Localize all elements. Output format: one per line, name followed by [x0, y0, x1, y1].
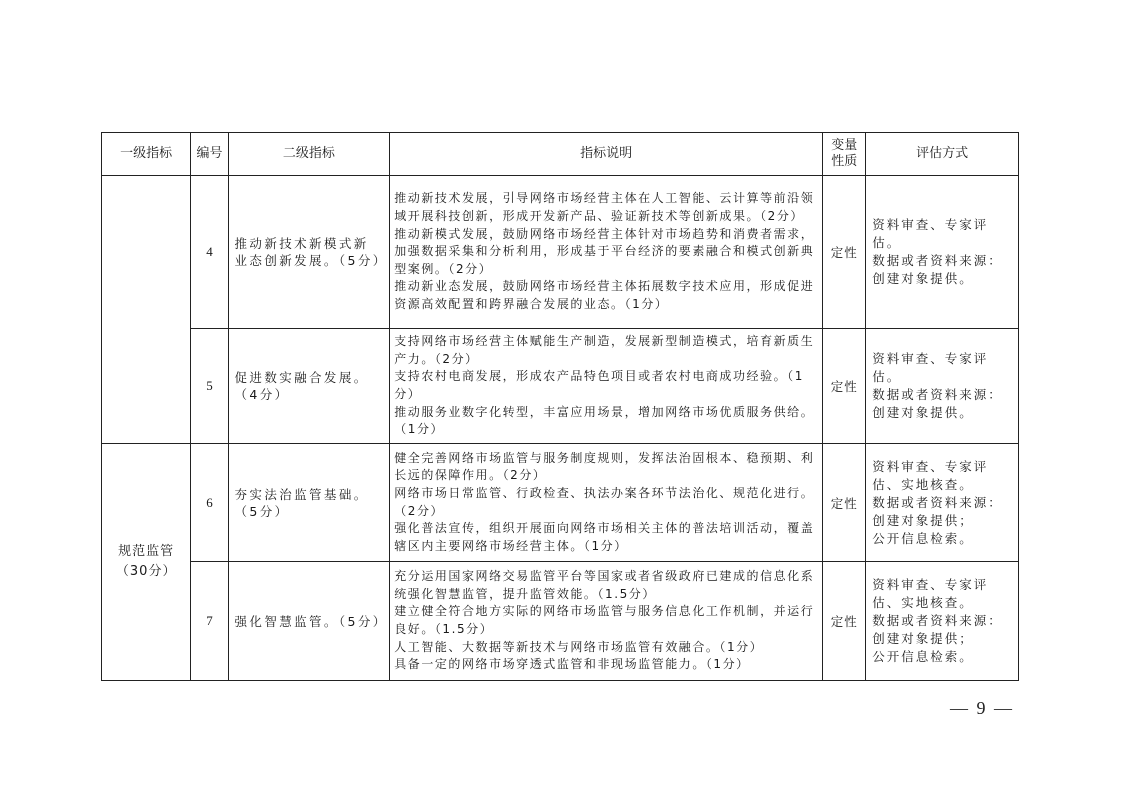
header-level1-index: 一级指标 [102, 133, 191, 176]
variable-nature: 定性 [823, 444, 866, 562]
level2-index-name: 推动新技术新模式新业态创新发展。（5分） [228, 176, 390, 329]
row-number: 5 [191, 329, 228, 444]
description-item: 推动新技术发展，引导网络市场经营主体在人工智能、云计算等前沿领域开展科技创新，形… [394, 190, 818, 225]
page-number: — 9 — [950, 698, 1014, 719]
method-line: 资料审查、专家评估、实地核查。 [872, 458, 1012, 494]
level1-cell-empty [102, 176, 191, 444]
method-line: 资料审查、专家评估。 [872, 216, 1012, 252]
header-evaluation-method: 评估方式 [866, 133, 1019, 176]
description-item: 网络市场日常监管、行政检查、执法办案各环节法治化、规范化进行。（2分） [394, 485, 818, 520]
description-item: 充分运用国家网络交易监管平台等国家或者省级政府已建成的信息化系统强化智慧监管，提… [394, 568, 818, 603]
variable-nature: 定性 [823, 176, 866, 329]
evaluation-method: 资料审查、专家评估。 数据或者资料来源： 创建对象提供。 [866, 176, 1019, 329]
description-item: 推动新模式发展，鼓励网络市场经营主体针对市场趋势和消费者需求，加强数据采集和分析… [394, 226, 818, 279]
row-number: 7 [191, 562, 228, 681]
table-header-row: 一级指标 编号 二级指标 指标说明 变量 性质 评估方式 [102, 133, 1019, 176]
evaluation-method: 资料审查、专家评估、实地核查。 数据或者资料来源： 创建对象提供； 公开信息检索… [866, 444, 1019, 562]
header-nature-line2: 性质 [823, 154, 865, 170]
evaluation-method: 资料审查、专家评估、实地核查。 数据或者资料来源： 创建对象提供； 公开信息检索… [866, 562, 1019, 681]
level2-index-name: 强化智慧监管。（5分） [228, 562, 390, 681]
method-line: 创建对象提供。 [872, 270, 1012, 288]
description-item: 支持网络市场经营主体赋能生产制造，发展新型制造模式，培育新质生产力。（2分） [394, 333, 818, 368]
description-item: 建立健全符合地方实际的网络市场监管与服务信息化工作机制，并运行良好。（1.5分） [394, 603, 818, 638]
index-description: 支持网络市场经营主体赋能生产制造，发展新型制造模式，培育新质生产力。（2分） 支… [390, 329, 823, 444]
method-line: 资料审查、专家评估、实地核查。 [872, 576, 1012, 612]
index-description: 健全完善网络市场监管与服务制度规则，发挥法治固根本、稳预期、利长远的保障作用。（… [390, 444, 823, 562]
method-line: 创建对象提供； [872, 630, 1012, 648]
index-description: 充分运用国家网络交易监管平台等国家或者省级政府已建成的信息化系统强化智慧监管，提… [390, 562, 823, 681]
method-line: 数据或者资料来源： [872, 386, 1012, 404]
method-line: 创建对象提供； [872, 512, 1012, 530]
description-item: 具备一定的网络市场穿透式监管和非现场监管能力。（1分） [394, 656, 818, 674]
index-description: 推动新技术发展，引导网络市场经营主体在人工智能、云计算等前沿领域开展科技创新，形… [390, 176, 823, 329]
table-row: 规范监管 （30分） 6 夯实法治监管基础。（5分） 健全完善网络市场监管与服务… [102, 444, 1019, 562]
evaluation-index-table: 一级指标 编号 二级指标 指标说明 变量 性质 评估方式 4 推动新技术新模式新… [101, 132, 1019, 681]
description-item: 推动服务业数字化转型，丰富应用场景，增加网络市场优质服务供给。（1分） [394, 404, 818, 439]
evaluation-method: 资料审查、专家评估。 数据或者资料来源： 创建对象提供。 [866, 329, 1019, 444]
table-row: 5 促进数实融合发展。（4分） 支持网络市场经营主体赋能生产制造，发展新型制造模… [102, 329, 1019, 444]
method-line: 创建对象提供。 [872, 404, 1012, 422]
table-row: 4 推动新技术新模式新业态创新发展。（5分） 推动新技术发展，引导网络市场经营主… [102, 176, 1019, 329]
header-description: 指标说明 [390, 133, 823, 176]
header-nature-line1: 变量 [823, 138, 865, 154]
description-item: 支持农村电商发展，形成农产品特色项目或者农村电商成功经验。（1分） [394, 368, 818, 403]
header-level2-index: 二级指标 [228, 133, 390, 176]
header-number: 编号 [191, 133, 228, 176]
description-item: 人工智能、大数据等新技术与网络市场监管有效融合。（1分） [394, 639, 818, 657]
description-item: 健全完善网络市场监管与服务制度规则，发挥法治固根本、稳预期、利长远的保障作用。（… [394, 450, 818, 485]
method-line: 数据或者资料来源： [872, 494, 1012, 512]
method-line: 数据或者资料来源： [872, 252, 1012, 270]
row-number: 6 [191, 444, 228, 562]
level1-index-score: （30分） [102, 562, 190, 582]
method-line: 数据或者资料来源： [872, 612, 1012, 630]
description-item: 强化普法宣传，组织开展面向网络市场相关主体的普法培训活动，覆盖辖区内主要网络市场… [394, 520, 818, 555]
method-line: 公开信息检索。 [872, 530, 1012, 548]
description-item: 推动新业态发展，鼓励网络市场经营主体拓展数字技术应用，形成促进资源高效配置和跨界… [394, 278, 818, 313]
level2-index-name: 促进数实融合发展。（4分） [228, 329, 390, 444]
variable-nature: 定性 [823, 562, 866, 681]
method-line: 公开信息检索。 [872, 648, 1012, 666]
row-number: 4 [191, 176, 228, 329]
header-variable-nature: 变量 性质 [823, 133, 866, 176]
level2-index-name: 夯实法治监管基础。（5分） [228, 444, 390, 562]
level1-index-cell: 规范监管 （30分） [102, 444, 191, 681]
table-row: 7 强化智慧监管。（5分） 充分运用国家网络交易监管平台等国家或者省级政府已建成… [102, 562, 1019, 681]
variable-nature: 定性 [823, 329, 866, 444]
method-line: 资料审查、专家评估。 [872, 350, 1012, 386]
level1-index-label: 规范监管 [102, 542, 190, 562]
